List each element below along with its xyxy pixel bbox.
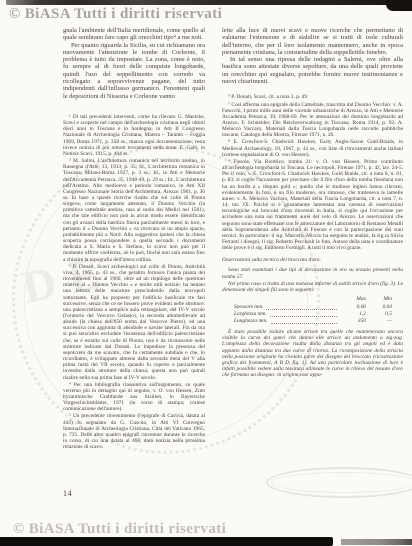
dotted-leader — [270, 315, 337, 317]
table-header-row: Max Min — [234, 296, 392, 303]
table-row: Spessore mm. 0,06 0,04 — [234, 304, 392, 311]
section-paragraph: È stato possibile isolare alcune strisce… — [222, 329, 403, 378]
scan-edge-artifact-top-right — [386, 0, 412, 11]
left-column: gnala l'ambiente dell'Italia meridionale… — [63, 27, 205, 451]
footnote: ⁴ Per una bibliografia riassuntiva sull'… — [63, 382, 205, 413]
technical-note-section: Osservazioni sulla tecnica del broccato … — [222, 257, 403, 378]
row-label: Spessore mm. — [234, 304, 263, 311]
footnote: ³ P. Donati, Scavi archeologici sul coll… — [63, 264, 205, 381]
footnotes-left: ¹ Di tali precedenti interventi, come ha… — [63, 114, 205, 450]
cell-max: 350 — [340, 318, 366, 325]
scanned-journal-page: © BiASA Tutti i diritti riservati DE gna… — [0, 0, 412, 546]
leader-spacer — [237, 301, 337, 302]
scan-edge-artifact-top — [6, 0, 412, 5]
body-paragraph: In tal senso una ripresa delle indagini … — [222, 56, 403, 85]
footnote: ⁵ Un precedente rinvenimento (l'epigrafe… — [63, 413, 205, 450]
body-paragraph: Per quanto riguarda la Sicilia, su cui r… — [63, 42, 205, 100]
cell-min: 0,5 — [366, 311, 392, 318]
table-row: Larghezza mm. 1,2 0,5 — [234, 311, 392, 318]
column-header-min: Min — [366, 296, 392, 303]
cell-min: 0,04 — [366, 304, 392, 311]
library-stamp-oval — [266, 467, 412, 498]
copyright-watermark-top: © BiASA Tutti i diritti riservati — [9, 6, 222, 23]
cell-max: 0,06 — [340, 304, 366, 311]
footnote: ² M. Salmi, L'architettura romanica nel … — [63, 158, 205, 263]
table-row: Lunghezza mm. 350 — — [234, 318, 392, 325]
section-heading: Osservazioni sulla tecnica del broccato … — [222, 257, 403, 263]
body-paragraph: lette alla luce di nuovi scavi e nuove r… — [222, 27, 403, 56]
section-paragraph: Sono stati esaminati i due tipi di decor… — [222, 267, 403, 279]
footnote: ⁸ E. Crowfoot-S. Chadwick Hawkes, Early … — [222, 139, 403, 157]
footnote: ¹ Di tali precedenti interventi, come ha… — [63, 114, 205, 157]
cell-min: — — [366, 318, 392, 325]
section-paragraph: Nel primo caso si tratta di una matassa … — [222, 281, 403, 293]
column-header-max: Max — [340, 296, 366, 303]
footnotes-right: ⁶ P. Donati, Scavi, cit. a nota 3, p. 49… — [222, 94, 403, 378]
scan-edge-artifact-bottom-right — [341, 539, 412, 545]
page-number: 14 — [63, 489, 72, 498]
text-columns: gnala l'ambiente dell'Italia meridionale… — [63, 27, 403, 451]
footnote: ⁹ Fiesole, Via Riorbico, tomba 21: v. O.… — [222, 159, 403, 251]
right-column: lette alla luce di nuovi scavi e nuove r… — [222, 27, 403, 451]
measurements-table: Max Min Spessore mm. 0,06 0,04 Larghezza… — [234, 296, 392, 325]
row-label: Larghezza mm. — [234, 311, 267, 318]
dotted-leader — [271, 322, 337, 324]
body-paragraph: gnala l'ambiente dell'Italia meridionale… — [63, 27, 205, 42]
dotted-leader — [266, 308, 337, 310]
copyright-watermark-bottom: © BiASA Tutti i diritti riservati — [13, 521, 226, 538]
cell-max: 1,2 — [340, 311, 366, 318]
scan-edge-artifact-bottom — [0, 537, 333, 546]
footnote: ⁶ P. Donati, Scavi, cit. a nota 3, p. 49… — [222, 94, 403, 100]
footnote: ⁷ Così afferma una epigrafe della Catted… — [222, 102, 403, 139]
row-label: Lunghezza mm. — [234, 318, 268, 325]
